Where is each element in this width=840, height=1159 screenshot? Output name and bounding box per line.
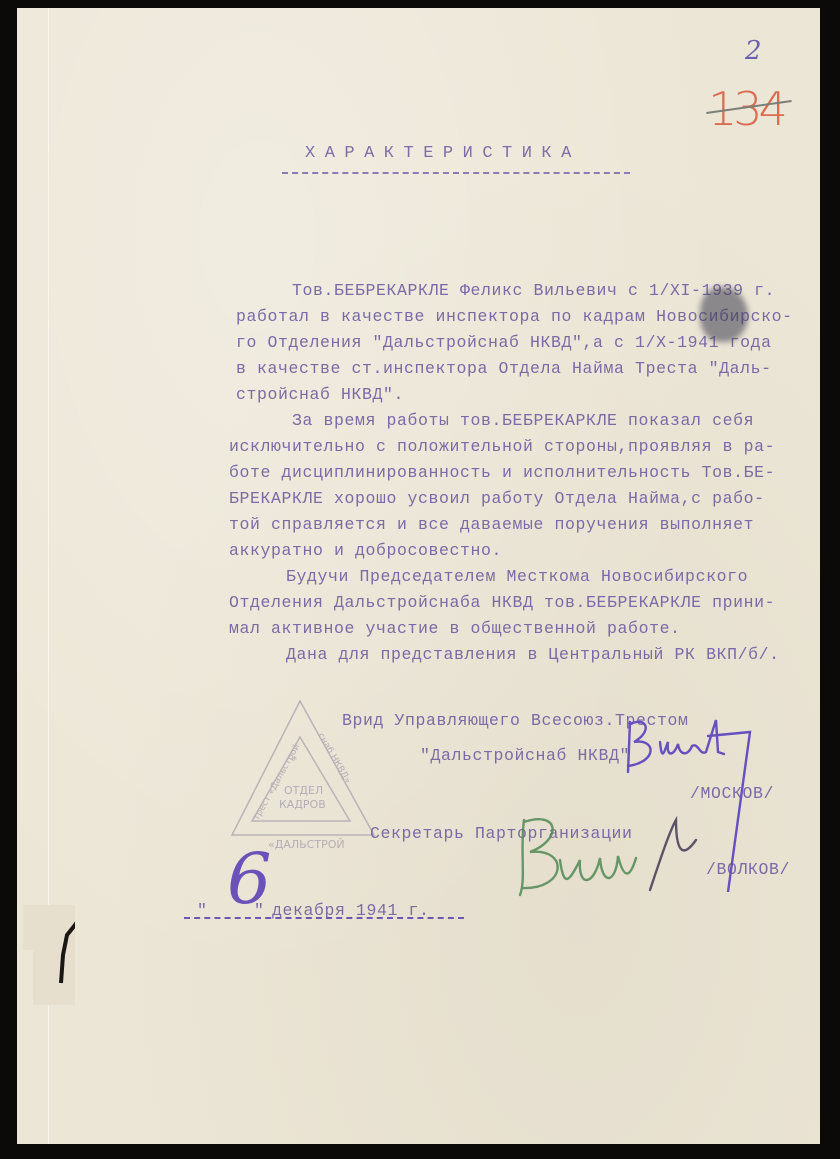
body-line: БРЕКАРКЛЕ хорошо усвоил работу Отдела На… [229, 491, 765, 508]
body-line: го Отделения "Дальстройснаб НКВД",а с 1/… [236, 335, 772, 352]
body-line: в качестве ст.инспектора Отдела Найма Тр… [236, 361, 772, 378]
body-line: боте дисциплинированность и исполнительн… [229, 465, 775, 482]
signature-volkov [500, 800, 700, 900]
paper-tear [15, 905, 75, 1005]
body-line: исключительно с положительной стороны,пр… [229, 439, 775, 456]
svg-text:«ДАЛЬСТРОЙ: «ДАЛЬСТРОЙ [268, 838, 345, 851]
date-day: 6 [227, 838, 272, 920]
folio-number: 134 [708, 82, 784, 136]
page-number: 2 [745, 36, 762, 66]
body-line: мал активное участие в общественной рабо… [229, 621, 681, 638]
document-title: ХАРАКТЕРИСТИКА [305, 145, 581, 162]
title-underline [282, 172, 630, 174]
svg-text:снаб НКВД»: снаб НКВД» [315, 732, 352, 786]
signatory-position-line-2: "Дальстройснаб НКВД" [420, 748, 630, 765]
body-line: стройснаб НКВД". [236, 387, 404, 404]
body-line: той справляется и все даваемые поручения… [229, 517, 754, 534]
ink-blot [700, 287, 748, 342]
body-line: За время работы тов.БЕБРЕКАРКЛЕ показал … [292, 413, 754, 430]
body-line: Дана для представления в Центральный РК … [286, 647, 780, 664]
svg-text:КАДРОВ: КАДРОВ [279, 798, 326, 811]
body-line: Отделения Дальстройснаба НКВД тов.БЕБРЕК… [229, 595, 775, 612]
body-line: аккуратно и добросовестно. [229, 543, 502, 560]
body-line: Будучи Председателем Месткома Новосибирс… [286, 569, 748, 586]
date-underline [184, 917, 464, 919]
svg-text:ОТДЕЛ: ОТДЕЛ [284, 784, 323, 797]
